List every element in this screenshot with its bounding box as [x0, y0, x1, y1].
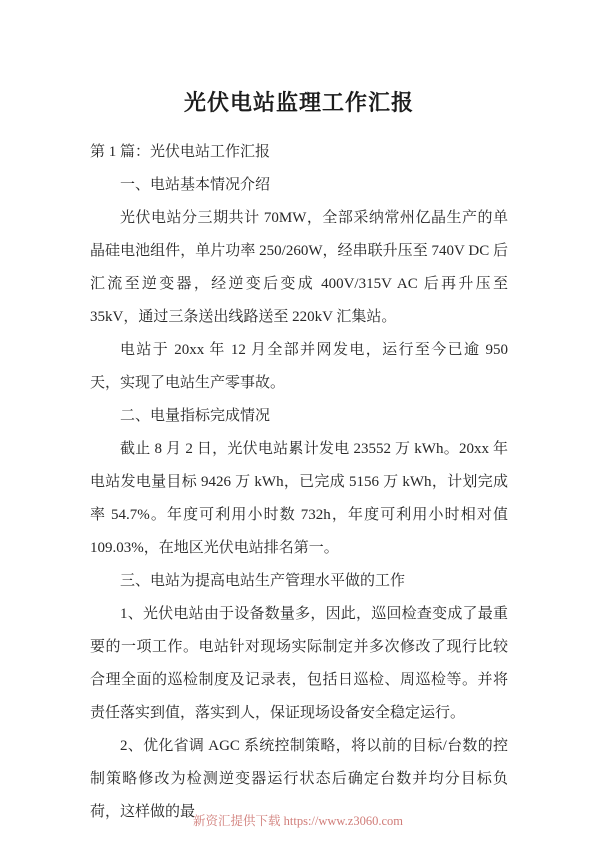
paragraph-station-overview: 光伏电站分三期共计 70MW，全部采纳常州亿晶生产的单晶硅电池组件，单片功率 2… — [90, 202, 508, 334]
footer-watermark: 新资汇提供下载 https://www.z3060.com — [0, 812, 596, 830]
section-label: 第 1 篇：光伏电站工作汇报 — [90, 136, 508, 169]
heading-1: 一、电站基本情况介绍 — [90, 169, 508, 202]
document-title: 光伏电站监理工作汇报 — [90, 86, 508, 120]
heading-3: 三、电站为提高电站生产管理水平做的工作 — [90, 565, 508, 598]
paragraph-generation-stats: 截止 8 月 2 日，光伏电站累计发电 23552 万 kWh。20xx 年电站… — [90, 433, 508, 565]
heading-2: 二、电量指标完成情况 — [90, 400, 508, 433]
paragraph-grid-connection: 电站于 20xx 年 12 月全部并网发电，运行至今已逾 950 天，实现了电站… — [90, 334, 508, 400]
paragraph-inspection-system: 1、光伏电站由于设备数量多，因此，巡回检查变成了最重要的一项工作。电站针对现场实… — [90, 598, 508, 730]
document-page: 光伏电站监理工作汇报 第 1 篇：光伏电站工作汇报 一、电站基本情况介绍 光伏电… — [0, 0, 596, 842]
